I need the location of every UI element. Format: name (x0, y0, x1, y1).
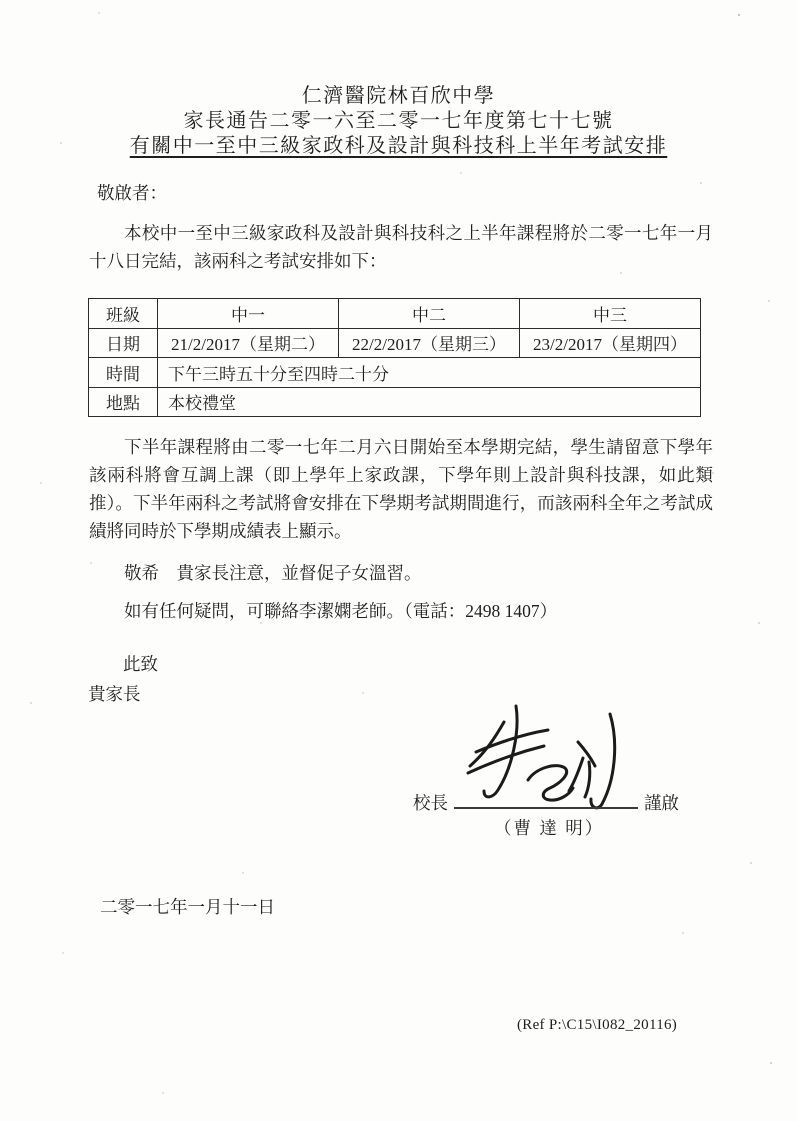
table-row-class: 班級 中一 中二 中三 (89, 299, 701, 329)
principal-name: （曹 達 明） (494, 814, 604, 842)
paragraph-1: 本校中一至中三級家政科及設計與科技科之上半年課程將於二零一七年一月十八日完結，該… (89, 219, 713, 275)
row-header-class: 班級 (89, 299, 158, 329)
school-name: 仁濟醫院林百欣中學 (0, 84, 797, 109)
notice-date: 二零一七年一月十一日 (100, 893, 275, 921)
cell-venue: 本校禮堂 (158, 387, 701, 417)
principal-label: 校長 (413, 793, 448, 813)
cell-form2: 中二 (339, 299, 520, 329)
paragraph-2: 下半年課程將由二零一七年二月六日開始至本學期完結，學生請留意下學年該兩科將會互調… (89, 433, 713, 545)
exam-arrangement-table: 班級 中一 中二 中三 日期 21/2/2017（星期二） 22/2/2017（… (88, 298, 701, 417)
addressee: 貴家長 (88, 680, 141, 708)
cell-date-form1: 21/2/2017（星期二） (158, 328, 339, 358)
salutation: 敬啟者： (97, 179, 167, 207)
cell-date-form2: 22/2/2017（星期三） (339, 328, 520, 358)
contact-line: 如有任何疑問，可聯絡李潔嫻老師。（電話：2498 1407） (89, 597, 713, 625)
notice-number-line: 家長通告二零一六至二零一七年度第七十七號 (0, 109, 797, 134)
principal-signoff-row: 校長謹啟 (413, 789, 679, 817)
cell-form3: 中三 (520, 299, 701, 329)
row-header-date: 日期 (89, 328, 158, 358)
row-header-venue: 地點 (89, 387, 158, 417)
scan-noise (0, 0, 2, 2)
title-block: 仁濟醫院林百欣中學 家長通告二零一六至二零一七年度第七十七號 有關中一至中三級家… (0, 84, 797, 159)
subject-line: 有關中一至中三級家政科及設計與科技科上半年考試安排 (0, 134, 797, 159)
reference-code: (Ref P:\C15\I082_20116) (517, 1017, 677, 1034)
cell-date-form3: 23/2/2017（星期四） (520, 328, 701, 358)
closing-phrase: 此致 (123, 650, 158, 678)
cell-form1: 中一 (158, 299, 339, 329)
respectfully-label: 謹啟 (644, 793, 679, 813)
signature-line (454, 806, 638, 809)
reminder-line: 敬希 貴家長注意，並督促子女溫習。 (89, 559, 713, 587)
cell-time: 下午三時五十分至四時二十分 (158, 358, 701, 388)
scanned-notice-page: 仁濟醫院林百欣中學 家長通告二零一六至二零一七年度第七十七號 有關中一至中三級家… (0, 0, 797, 1121)
table-row-date: 日期 21/2/2017（星期二） 22/2/2017（星期三） 23/2/20… (89, 328, 701, 358)
row-header-time: 時間 (89, 358, 158, 388)
table-row-venue: 地點 本校禮堂 (89, 387, 701, 417)
table-row-time: 時間 下午三時五十分至四時二十分 (89, 358, 701, 388)
